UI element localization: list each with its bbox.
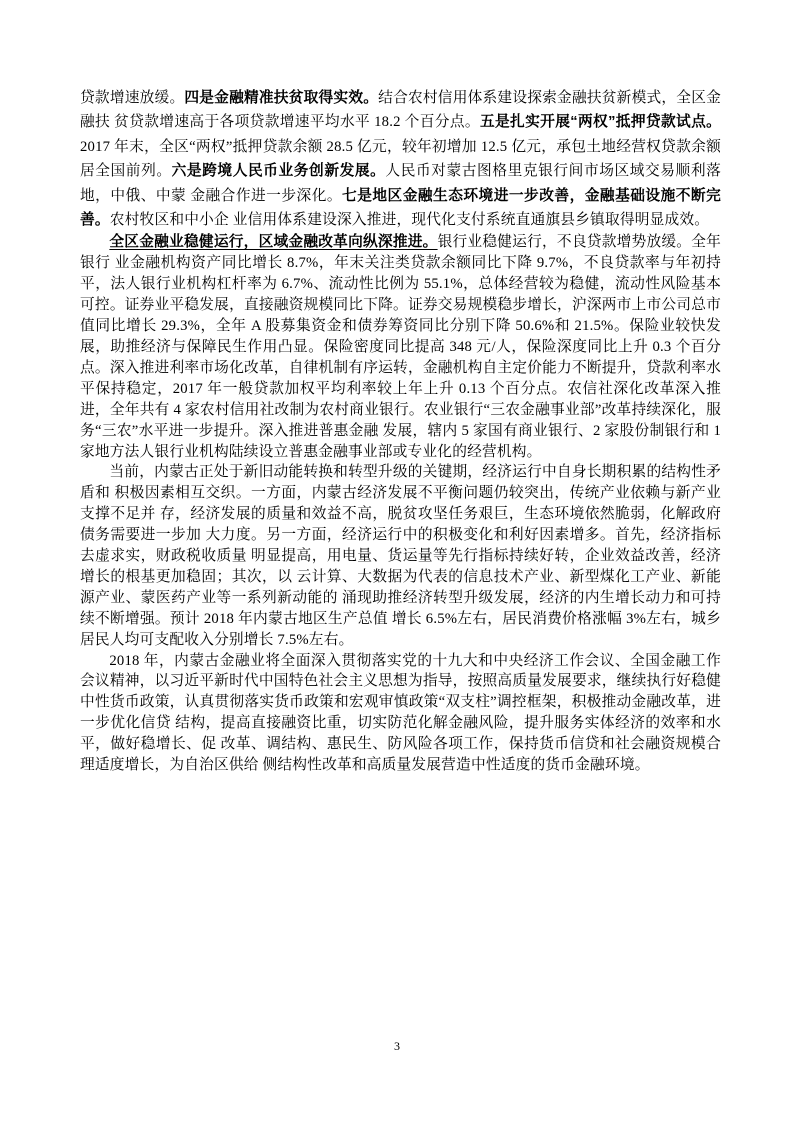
body-text: 农村牧区和中小企 业信用体系建设深入推进，现代化支付系统直通旗县乡镇取得明显成效… [110, 212, 709, 228]
body-text: 贷款增速放缓。 [80, 90, 184, 106]
body-text: 2018 年，内蒙古金融业将全面深入贯彻落实党的十九大和中央经济工作会议、全国金… [80, 653, 721, 774]
body-text: 银行业稳健运行，不良贷款增势放缓。全年银行 业金融机构资产同比增长 8.7%，年… [80, 234, 721, 459]
paragraph: 贷款增速放缓。四是金融精准扶贫取得实效。结合农村信用体系建设探索金融扶贫新模式，… [80, 86, 721, 232]
page-number: 3 [394, 1039, 400, 1053]
document-page: 贷款增速放缓。四是金融精准扶贫取得实效。结合农村信用体系建设探索金融扶贫新模式，… [0, 0, 794, 1122]
inline-heading: 全区金融业稳健运行，区域金融改革向纵深推进。 [109, 234, 437, 250]
document-body: 贷款增速放缓。四是金融精准扶贫取得实效。结合农村信用体系建设探索金融扶贫新模式，… [80, 86, 721, 776]
body-text: 当前，内蒙古正处于新旧动能转换和转型升级的关键期，经济运行中自身长期积累的结构性… [80, 464, 721, 647]
paragraph: 全区金融业稳健运行，区域金融改革向纵深推进。银行业稳健运行，不良贷款增势放缓。全… [80, 232, 721, 462]
inline-heading: 六是跨境人民币业务创新发展。 [172, 163, 386, 179]
paragraph: 当前，内蒙古正处于新旧动能转换和转型升级的关键期，经济运行中自身长期积累的结构性… [80, 462, 721, 650]
inline-heading: 四是金融精准扶贫取得实效。 [184, 90, 378, 106]
page-footer: 3 [0, 1037, 794, 1055]
inline-heading: 五是扎实开展“两权”抵押贷款试点。 [480, 114, 721, 130]
paragraph: 2018 年，内蒙古金融业将全面深入贯彻落实党的十九大和中央经济工作会议、全国金… [80, 651, 721, 776]
